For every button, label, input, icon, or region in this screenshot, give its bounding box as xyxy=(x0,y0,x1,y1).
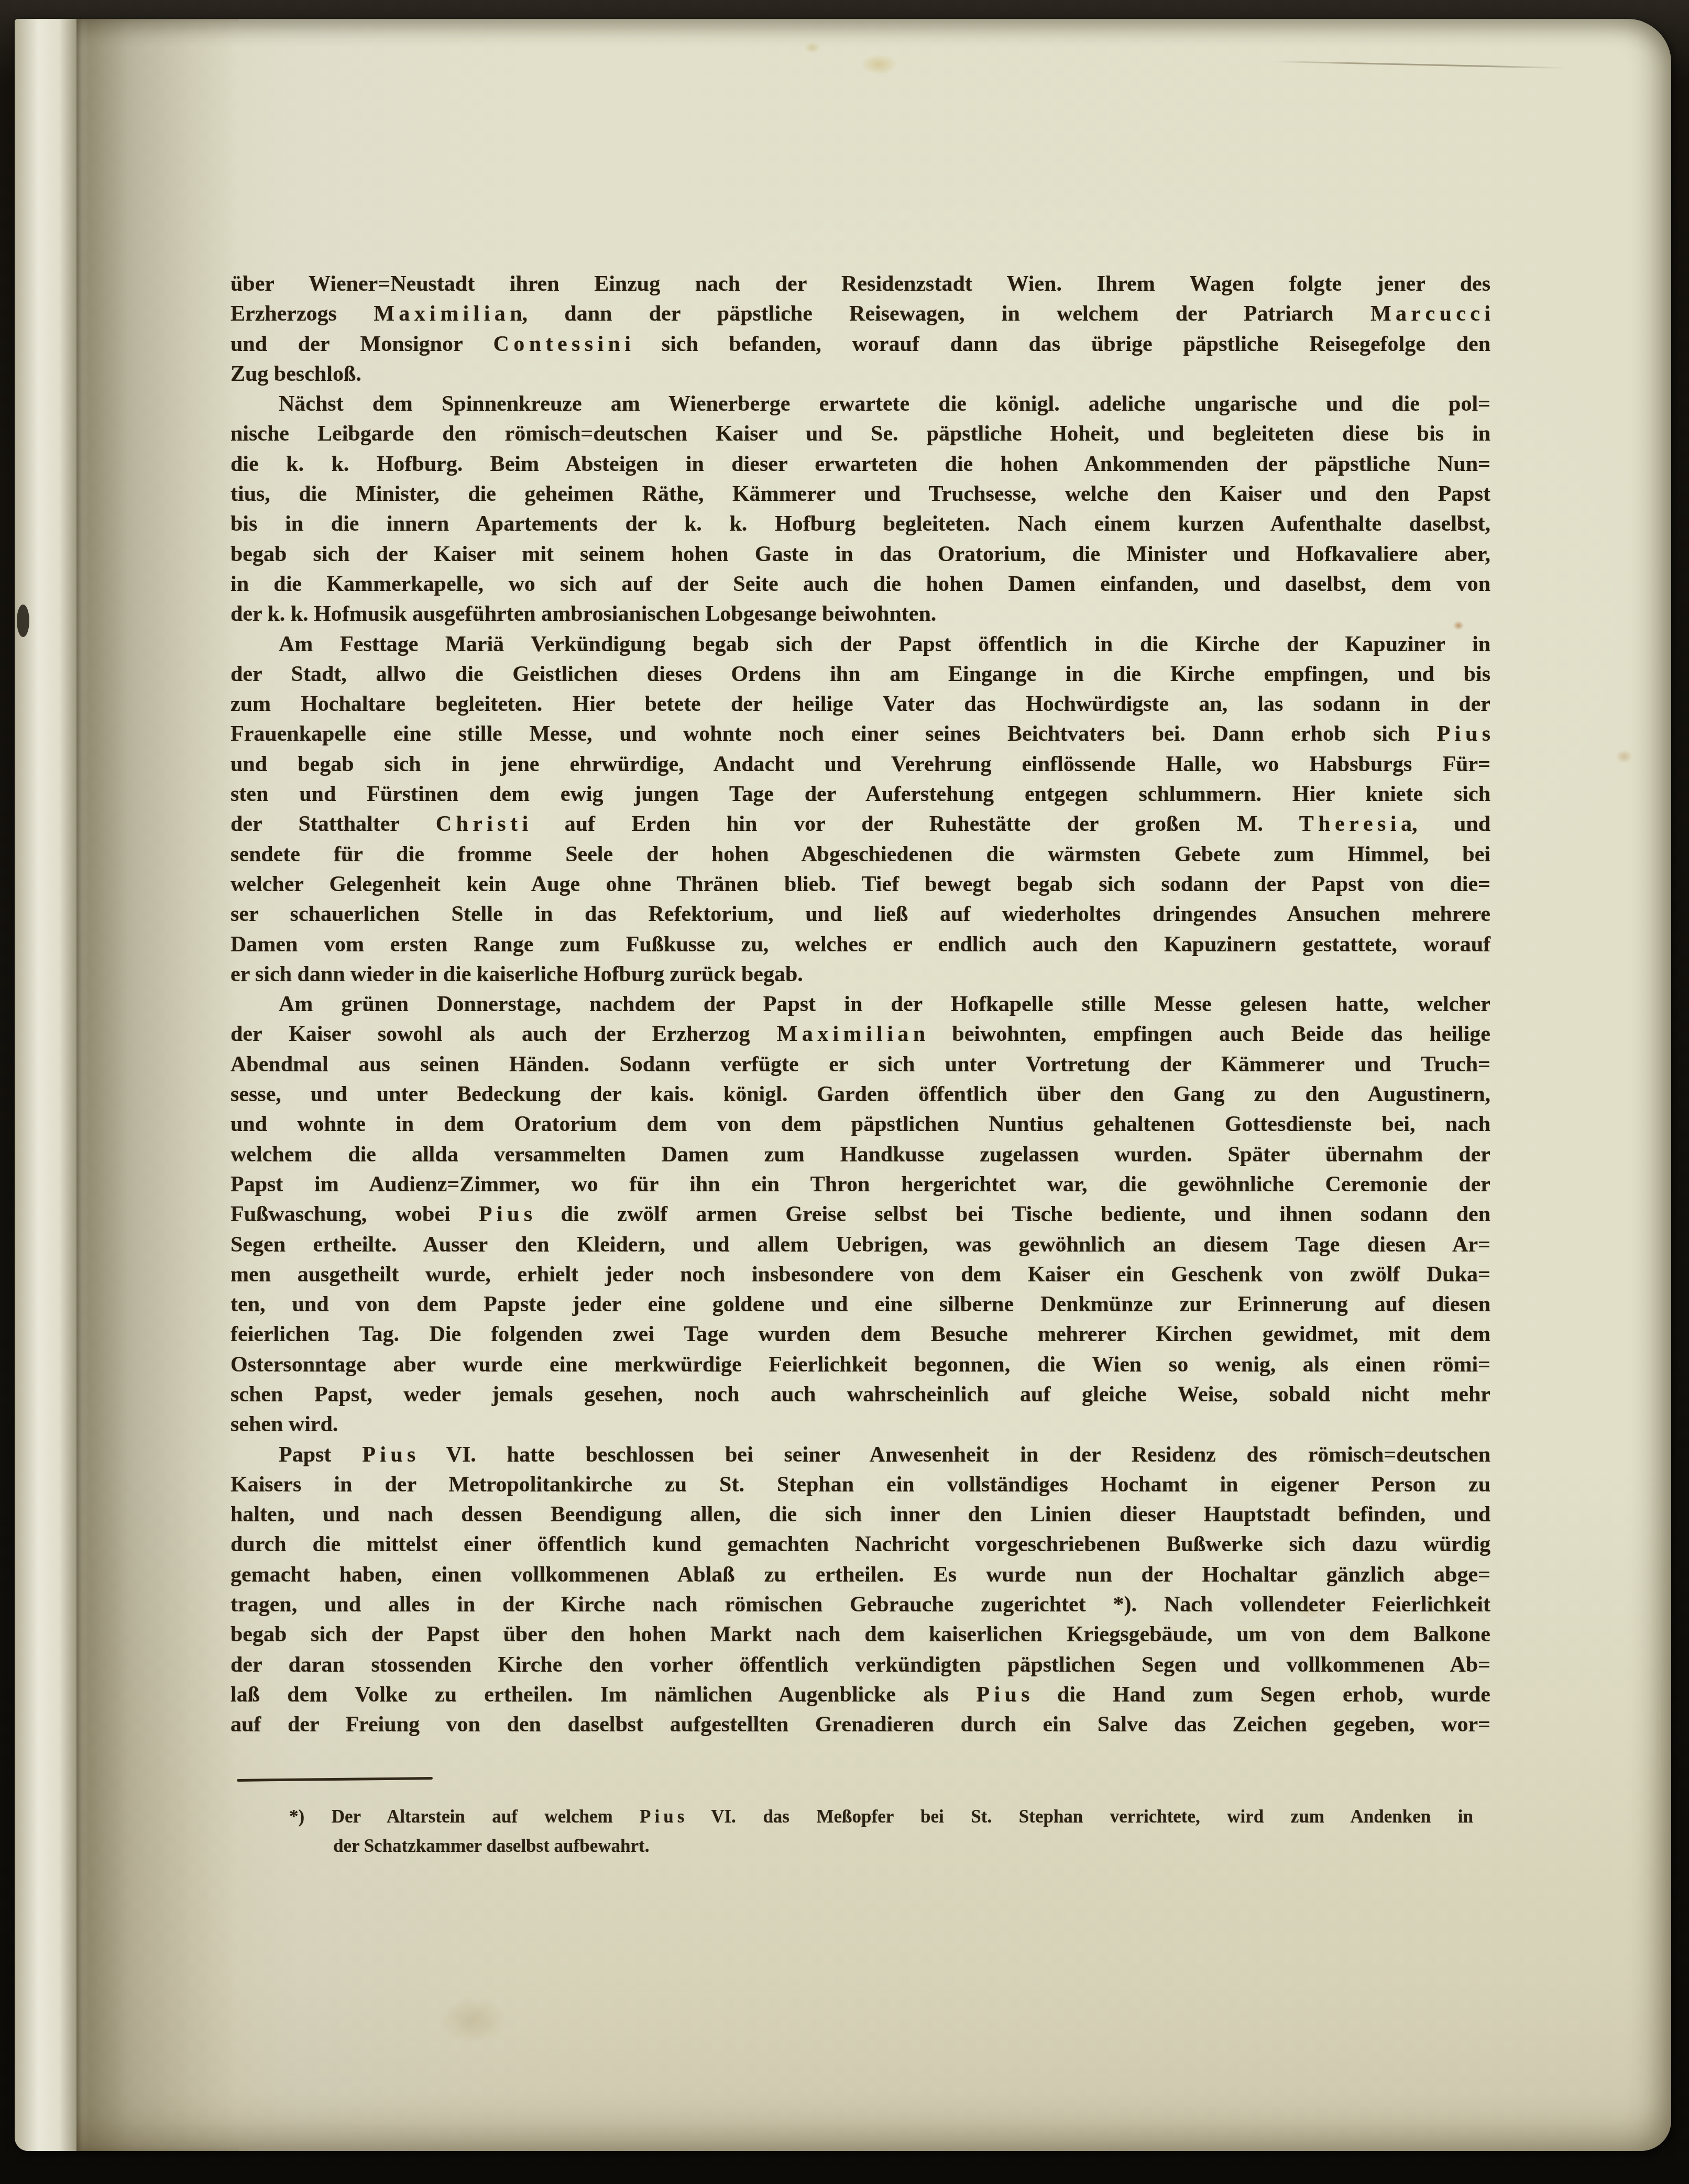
text-line: Ostersonntage aber wurde eine merkwürdig… xyxy=(231,1350,1490,1380)
gutter-shadow xyxy=(76,19,239,2151)
text-line: ser schauerlichen Stelle in das Refektor… xyxy=(231,899,1490,929)
text-line: auf der Freiung von den daselbst aufgest… xyxy=(231,1710,1490,1740)
text-line: bis in die innern Apartements der k. k. … xyxy=(231,509,1490,539)
foxing-stain xyxy=(429,1989,518,2051)
text-line: zum Hochaltare begleiteten. Hier betete … xyxy=(231,689,1490,719)
footnote-line: der Schatzkammer daselbst aufbewahrt. xyxy=(289,1831,1473,1861)
text-line: er sich dann wieder in die kaiserliche H… xyxy=(231,960,1490,990)
text-line: welcher Gelegenheit kein Auge ohne Thrän… xyxy=(231,870,1490,899)
text-line: und wohnte in dem Oratorium dem von dem … xyxy=(231,1110,1490,1139)
text-line: Fußwaschung, wobei P i u s die zwölf arm… xyxy=(231,1200,1490,1230)
text-line: laß dem Volke zu ertheilen. Im nämlichen… xyxy=(231,1680,1490,1710)
text-line: schen Papst, weder jemals gesehen, noch … xyxy=(231,1380,1490,1410)
text-line: Erzherzogs M a x i m i l i a n, dann der… xyxy=(231,299,1490,329)
text-line: men ausgetheilt wurde, erhielt jeder noc… xyxy=(231,1260,1490,1290)
page-fold-edge xyxy=(15,19,76,2151)
text-line: über Wiener=Neustadt ihren Einzug nach d… xyxy=(231,269,1490,299)
text-line: feierlichen Tag. Die folgenden zwei Tage… xyxy=(231,1320,1490,1349)
text-line: sendete für die fromme Seele der hohen A… xyxy=(231,840,1490,870)
foxing-stain xyxy=(854,50,904,79)
text-line: halten, und nach dessen Beendigung allen… xyxy=(231,1500,1490,1530)
text-line: sesse, und unter Bedeckung der kais. kön… xyxy=(231,1080,1490,1110)
text-line: tragen, und alles in der Kirche nach röm… xyxy=(231,1590,1490,1620)
text-line: Am grünen Donnerstage, nachdem der Papst… xyxy=(231,990,1490,1019)
text-line: Segen ertheilte. Ausser den Kleidern, un… xyxy=(231,1230,1490,1260)
text-line: der Kaiser sowohl als auch der Erzherzog… xyxy=(231,1019,1490,1049)
text-line: der Stadt, allwo die Geistlichen dieses … xyxy=(231,660,1490,689)
foxing-stain xyxy=(800,40,824,56)
text-line: durch die mittelst einer öffentlich kund… xyxy=(231,1530,1490,1560)
binding-notch xyxy=(17,605,29,637)
text-line: Am Festtage Mariä Verkündigung begab sic… xyxy=(231,630,1490,660)
text-line: begab sich der Papst über den hohen Mark… xyxy=(231,1620,1490,1650)
text-line: Damen vom ersten Range zum Fußkusse zu, … xyxy=(231,930,1490,960)
text-line: Abendmal aus seinen Händen. Sodann verfü… xyxy=(231,1050,1490,1080)
footnote: *) Der Altarstein auf welchem P i u s VI… xyxy=(289,1802,1473,1861)
text-line: Kaisers in der Metropolitankirche zu St.… xyxy=(231,1470,1490,1500)
text-line: Nächst dem Spinnenkreuze am Wienerberge … xyxy=(231,389,1490,419)
paper-crack xyxy=(1272,61,1565,69)
book-page: über Wiener=Neustadt ihren Einzug nach d… xyxy=(15,19,1671,2151)
body-text: über Wiener=Neustadt ihren Einzug nach d… xyxy=(231,269,1490,1740)
text-line: die k. k. Hofburg. Beim Absteigen in die… xyxy=(231,449,1490,479)
text-line: Zug beschloß. xyxy=(231,359,1490,389)
text-line: ten, und von dem Papste jeder eine golde… xyxy=(231,1290,1490,1320)
text-line: und begab sich in jene ehrwürdige, Andac… xyxy=(231,750,1490,780)
scan-background: über Wiener=Neustadt ihren Einzug nach d… xyxy=(0,0,1689,2184)
text-line: sehen wird. xyxy=(231,1410,1490,1440)
text-line: Frauenkapelle eine stille Messe, und woh… xyxy=(231,719,1490,749)
text-line: der Statthalter C h r i s t i auf Erden … xyxy=(231,809,1490,839)
text-line: welchem die allda versammelten Damen zum… xyxy=(231,1140,1490,1170)
footnote-line: *) Der Altarstein auf welchem P i u s VI… xyxy=(289,1802,1473,1831)
text-line: Papst im Audienz=Zimmer, wo für ihn ein … xyxy=(231,1170,1490,1200)
text-line: Papst P i u s VI. hatte beschlossen bei … xyxy=(231,1440,1490,1470)
text-line: der daran stossenden Kirche den vorher ö… xyxy=(231,1650,1490,1680)
text-line: und der Monsignor C o n t e s s i n i si… xyxy=(231,330,1490,359)
text-line: gemacht haben, einen vollkommenen Ablaß … xyxy=(231,1560,1490,1590)
text-line: nische Leibgarde den römisch=deutschen K… xyxy=(231,419,1490,449)
text-line: begab sich der Kaiser mit seinem hohen G… xyxy=(231,540,1490,569)
text-line: tius, die Minister, die geheimen Räthe, … xyxy=(231,479,1490,509)
text-line: in die Kammerkapelle, wo sich auf der Se… xyxy=(231,569,1490,599)
footnote-rule xyxy=(237,1777,433,1782)
text-line: sten und Fürstinen dem ewig jungen Tage … xyxy=(231,780,1490,809)
text-line: der k. k. Hofmusik ausgeführten ambrosia… xyxy=(231,599,1490,629)
foxing-stain xyxy=(1613,747,1636,766)
